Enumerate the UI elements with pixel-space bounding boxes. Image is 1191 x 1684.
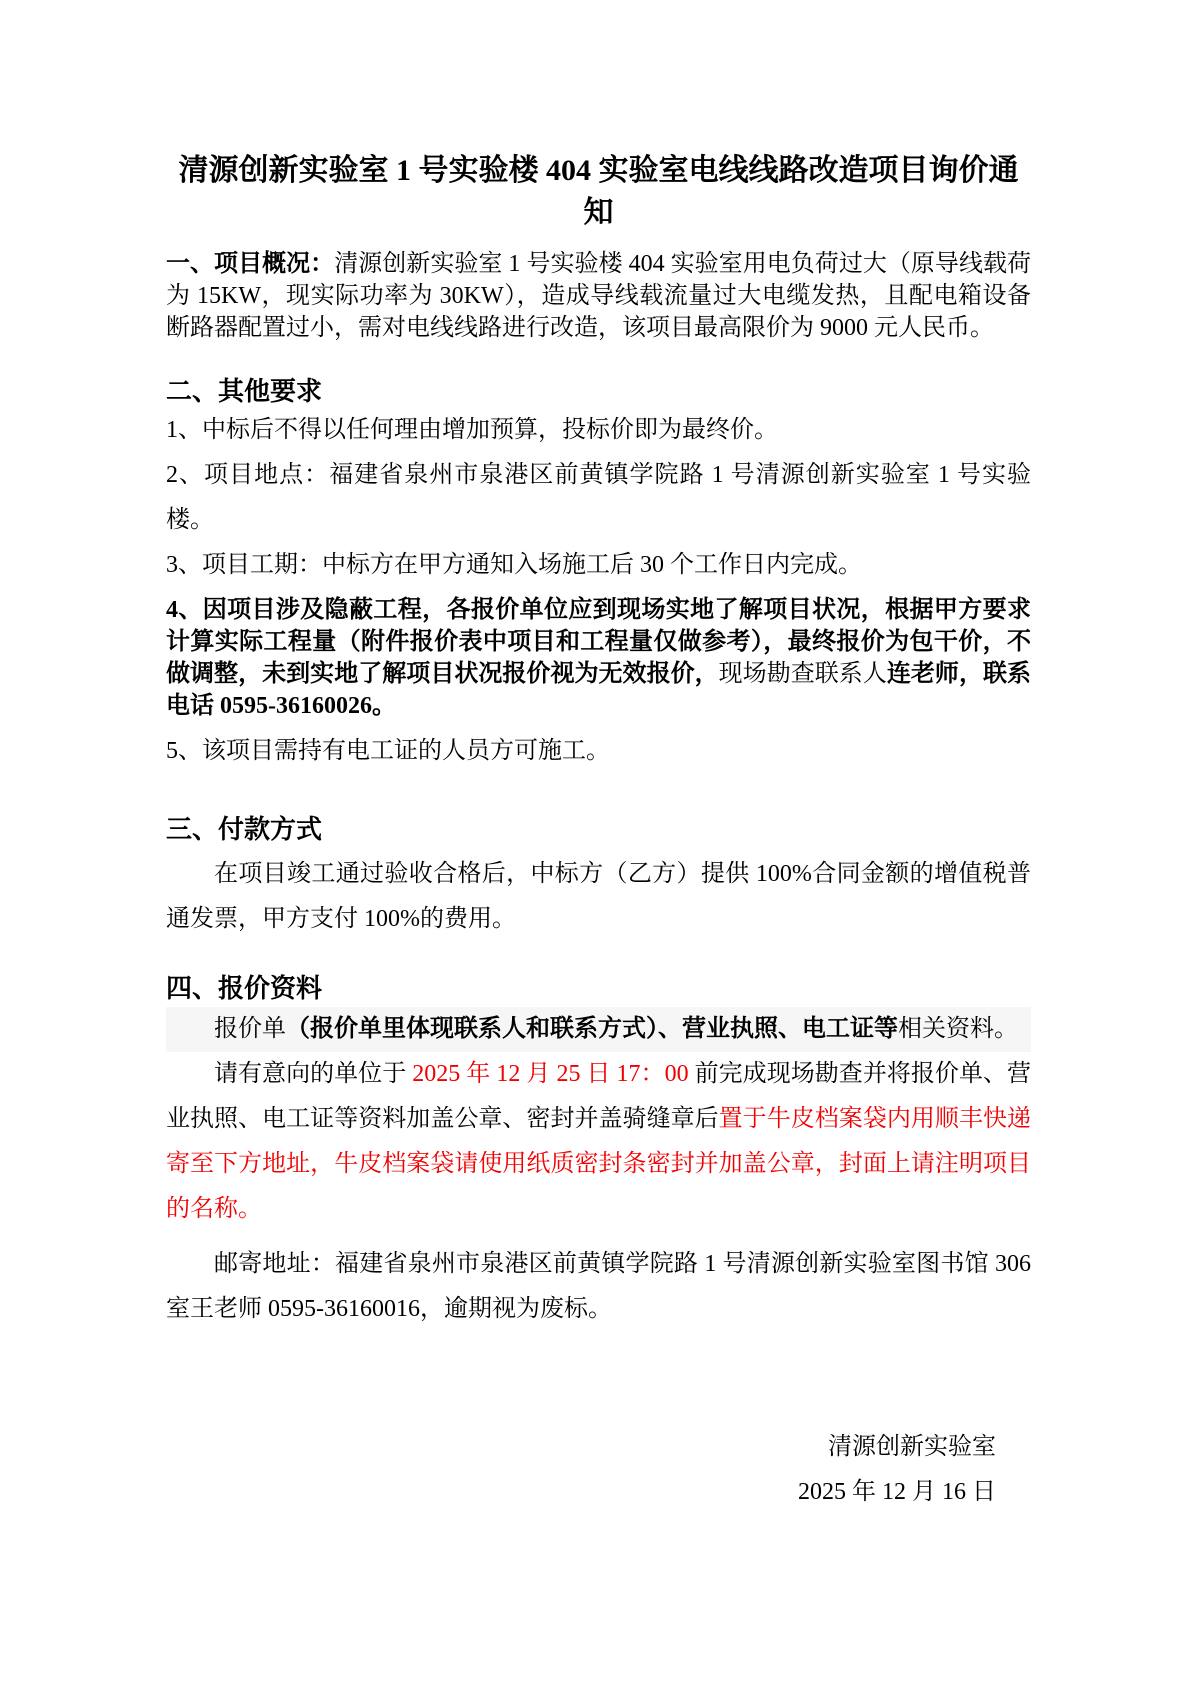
site-survey-contact-label: 现场勘查联系人 <box>719 661 887 687</box>
quotation-list-lead: 报价单 <box>214 1016 286 1042</box>
submission-lead: 请有意向的单位于 <box>214 1061 412 1087</box>
project-overview-paragraph: 一、项目概况：清源创新实验室 1 号实验楼 404 实验室用电负荷过大（原导线载… <box>166 248 1031 344</box>
payment-method-heading: 三、付款方式 <box>166 814 1031 846</box>
requirement-item-2: 2、项目地点：福建省泉州市泉港区前黄镇学院路 1 号清源创新实验室 1 号实验楼… <box>166 453 1031 543</box>
quotation-list-tail: 相关资料。 <box>898 1016 1018 1042</box>
document-page: 清源创新实验室 1 号实验楼 404 实验室电线线路改造项目询价通知 一、项目概… <box>0 0 1191 1684</box>
requirement-item-1: 1、中标后不得以任何理由增加预算，投标价即为最终价。 <box>166 408 1031 453</box>
document-title: 清源创新实验室 1 号实验楼 404 实验室电线线路改造项目询价通知 <box>166 150 1031 234</box>
project-overview-label: 一、项目概况： <box>166 251 334 277</box>
signature-date: 2025 年 12 月 16 日 <box>166 1470 996 1515</box>
submission-deadline-text: 2025 年 12 月 25 日 17：00 <box>412 1061 694 1087</box>
quotation-materials-paragraph: 报价单（报价单里体现联系人和联系方式）、营业执照、电工证等相关资料。 <box>166 1007 1031 1052</box>
signature-org: 清源创新实验室 <box>166 1425 996 1470</box>
requirement-item-5: 5、该项目需持有电工证的人员方可施工。 <box>166 729 1031 774</box>
other-requirements-heading: 二、其他要求 <box>166 376 1031 408</box>
requirement-item-4: 4、因项目涉及隐蔽工程，各报价单位应到现场实地了解项目状况，根据甲方要求计算实际… <box>166 594 1031 722</box>
requirement-item-3: 3、项目工期：中标方在甲方通知入场施工后 30 个工作日内完成。 <box>166 543 1031 588</box>
payment-terms-paragraph: 在项目竣工通过验收合格后，中标方（乙方）提供 100%合同金额的增值税普通发票，… <box>166 852 1031 942</box>
quotation-list-bold: （报价单里体现联系人和联系方式）、营业执照、电工证等 <box>286 1016 898 1042</box>
quotation-materials-heading: 四、报价资料 <box>166 973 1031 1005</box>
mailing-address-paragraph: 邮寄地址：福建省泉州市泉港区前黄镇学院路 1 号清源创新实验室图书馆 306 室… <box>166 1242 1031 1332</box>
signature-block: 清源创新实验室 2025 年 12 月 16 日 <box>166 1425 1031 1515</box>
submission-instructions-paragraph: 请有意向的单位于 2025 年 12 月 25 日 17：00 前完成现场勘查并… <box>166 1052 1031 1232</box>
